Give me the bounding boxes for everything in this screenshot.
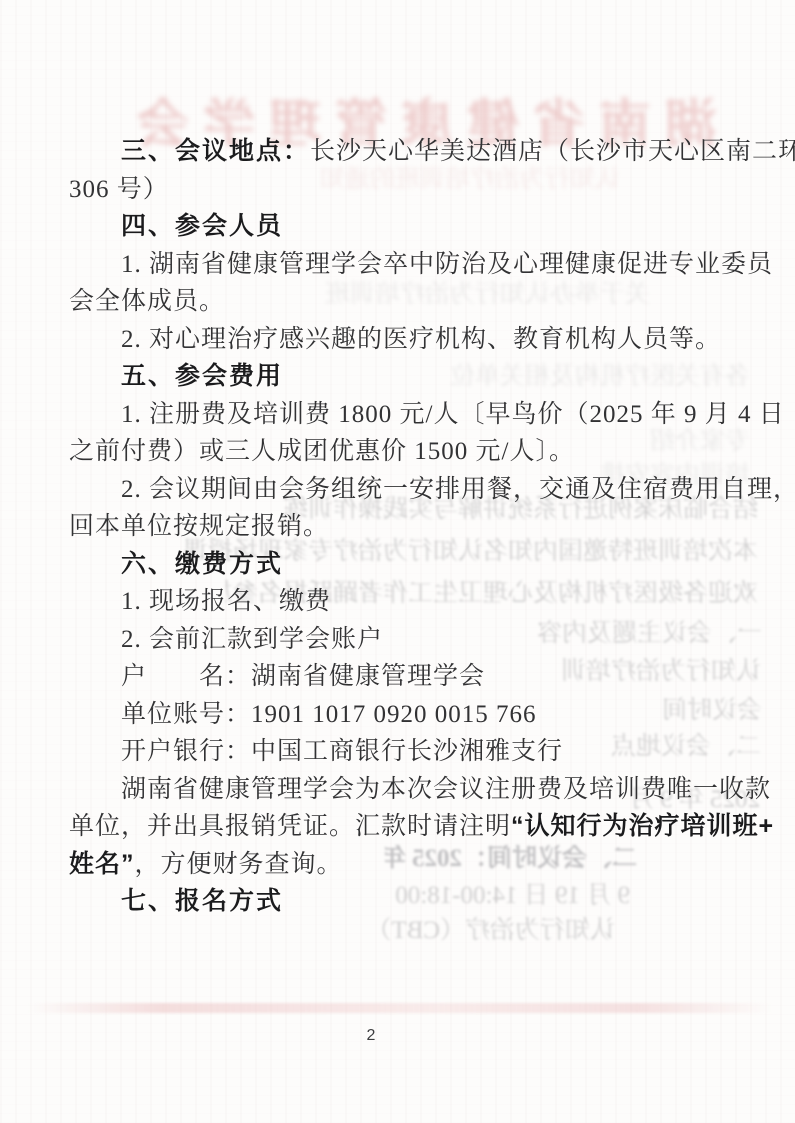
text-segment: 之前付费）或三人成团优惠价 1500 元/人〕。 [69,438,575,465]
section-heading: 三、会议地点： [121,137,310,165]
text-line: 六、缴费方式 [69,546,689,584]
text-segment: 姓名” [69,850,135,878]
text-segment: 长沙天心华美达酒店（长沙市天心区南二环 [310,138,795,165]
text-segment: 单位账号：1901 1017 0920 0015 766 [121,701,537,728]
text-segment: 会全体成员。 [69,288,225,315]
page-number: 2 [0,1027,742,1045]
bleedthrough-line: 认知行为治疗（CBT）班 [380,917,615,944]
text-segment: 单位，并出具报销凭证。汇款时请注明 [69,813,511,840]
text-segment: 2. 会前汇款到学会账户 [121,626,383,653]
document-body: 三、会议地点：长沙天心华美达酒店（长沙市天心区南二环306 号）四、参会人员1.… [69,133,689,921]
section-heading: 六、缴费方式 [121,550,283,578]
text-segment: 湖南省健康管理学会为本次会议注册费及培训费唯一收款 [121,776,771,803]
text-segment: 2. 对心理治疗感兴趣的医疗机构、教育机构人员等。 [121,326,721,353]
text-line: 1. 注册费及培训费 1800 元/人〔早鸟价（2025 年 9 月 4 日 [69,396,689,434]
text-line: 湖南省健康管理学会为本次会议注册费及培训费唯一收款 [69,771,689,809]
text-line: 开户银行：中国工商银行长沙湘雅支行 [69,733,689,771]
text-line: 单位账号：1901 1017 0920 0015 766 [69,696,689,734]
scan-smear [28,1003,772,1013]
text-segment: 开户银行：中国工商银行长沙湘雅支行 [121,738,563,765]
text-segment: 306 号） [69,176,169,203]
text-segment: 回本单位按规定报销。 [69,513,329,540]
text-line: 306 号） [69,171,689,209]
text-segment: ，方便财务查询。 [135,851,343,878]
section-heading: 五、参会费用 [121,362,283,390]
text-line: 1. 现场报名、缴费 [69,583,689,621]
text-line: 2. 对心理治疗感兴趣的医疗机构、教育机构人员等。 [69,321,689,359]
text-line: 户 名：湖南省健康管理学会 [69,658,689,696]
section-heading: 四、参会人员 [121,212,283,240]
text-segment: “认知行为治疗培训班+ [511,812,774,840]
section-heading: 七、报名方式 [121,887,283,915]
text-line: 五、参会费用 [69,358,689,396]
text-line: 七、报名方式 [69,883,689,921]
text-segment: 2. 会议期间由会务组统一安排用餐，交通及住宿费用自理， [121,476,795,503]
text-line: 三、会议地点：长沙天心华美达酒店（长沙市天心区南二环 [69,133,689,171]
text-line: 1. 湖南省健康管理学会卒中防治及心理健康促进专业委员 [69,246,689,284]
text-line: 2. 会前汇款到学会账户 [69,621,689,659]
text-segment: 1. 湖南省健康管理学会卒中防治及心理健康促进专业委员 [121,251,773,278]
text-segment: 户 名：湖南省健康管理学会 [121,663,485,690]
text-line: 回本单位按规定报销。 [69,508,689,546]
document-page: 湖南省健康管理学会 认知行为治疗培训班的通知关于举办认知行为治疗培训班各有关医疗… [0,0,795,1123]
text-line: 2. 会议期间由会务组统一安排用餐，交通及住宿费用自理， [69,471,689,509]
text-line: 之前付费）或三人成团优惠价 1500 元/人〕。 [69,433,689,471]
text-line: 会全体成员。 [69,283,689,321]
text-line: 四、参会人员 [69,208,689,246]
text-line: 姓名”，方便财务查询。 [69,846,689,884]
text-segment: 1. 注册费及培训费 1800 元/人〔早鸟价（2025 年 9 月 4 日 [121,401,785,428]
text-line: 单位，并出具报销凭证。汇款时请注明“认知行为治疗培训班+ [69,808,689,846]
text-segment: 1. 现场报名、缴费 [121,588,331,615]
